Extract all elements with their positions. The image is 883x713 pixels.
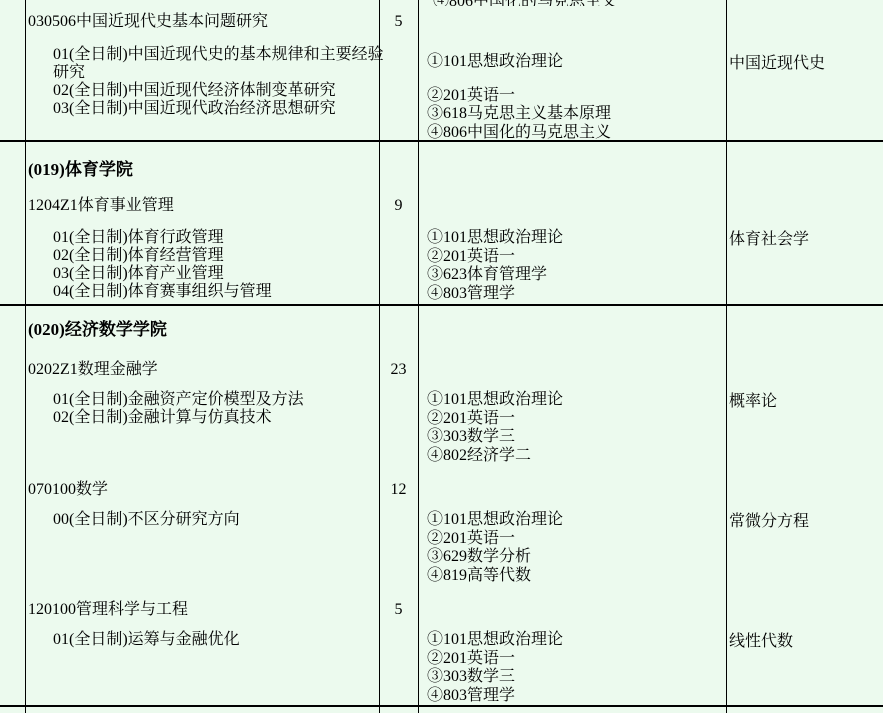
table-border-col-retest-left	[726, 0, 727, 713]
research-direction: 01(全日制)金融资产定价模型及方法	[53, 391, 385, 409]
exam-subject: ①101思想政治理论	[427, 511, 563, 530]
exam-subjects: ①101思想政治理论 ②201英语一 ③303数学三 ④802经济学二	[427, 391, 563, 465]
section-divider-3	[0, 705, 883, 707]
exam-subject: ①101思想政治理论	[427, 631, 563, 650]
research-directions: 01(全日制)金融资产定价模型及方法 02(全日制)金融计算与仿真技术	[53, 391, 385, 427]
retest-subject: 线性代数	[729, 633, 793, 651]
clipped-subject-fragment: ④806中国化的马克思主义	[433, 0, 673, 6]
research-direction: 04(全日制)体育赛事组织与管理	[53, 283, 385, 301]
enrollment-quota: 23	[379, 361, 418, 379]
exam-subject: ①101思想政治理论	[427, 229, 563, 248]
exam-subjects: ①101思想政治理论 ②201英语一 ③303数学三 ④803管理学	[427, 631, 563, 705]
research-direction: 00(全日制)不区分研究方向	[53, 511, 385, 529]
college-header: (020)经济数学学院	[28, 315, 167, 340]
major-code-name: 1204Z1体育事业管理	[28, 197, 174, 215]
research-directions: 01(全日制)体育行政管理 02(全日制)体育经营管理 03(全日制)体育产业管…	[53, 229, 385, 301]
exam-subject: ④803管理学	[427, 687, 563, 706]
exam-subjects: ①101思想政治理论 ②201英语一 ③623体育管理学 ④803管理学	[427, 229, 563, 303]
exam-subject: ②201英语一	[427, 248, 563, 267]
exam-subject: ④806中国化的马克思主义	[427, 124, 611, 143]
exam-subjects: ①101思想政治理论 ②201英语一 ③629数学分析 ④819高等代数	[427, 511, 563, 585]
research-direction: 01(全日制)运筹与金融优化	[53, 631, 385, 649]
admissions-catalog-table: ④806中国化的马克思主义 030506中国近现代史基本问题研究 5 01(全日…	[0, 0, 883, 713]
retest-subject: 体育社会学	[729, 231, 809, 249]
research-direction: 01(全日制)中国近现代史的基本规律和主要经验研究	[53, 46, 385, 82]
table-border-left	[25, 0, 26, 713]
exam-subject: ②201英语一	[427, 650, 563, 669]
exam-subject: ②201英语一	[427, 530, 563, 549]
research-directions: 00(全日制)不区分研究方向	[53, 511, 385, 529]
exam-subject: ③303数学三	[427, 428, 563, 447]
retest-subject: 常微分方程	[729, 513, 809, 531]
enrollment-quota: 5	[379, 13, 418, 31]
research-direction: 02(全日制)金融计算与仿真技术	[53, 409, 385, 427]
exam-subject: ④819高等代数	[427, 567, 563, 586]
research-direction: 01(全日制)体育行政管理	[53, 229, 385, 247]
enrollment-quota: 12	[379, 481, 418, 499]
retest-subject: 中国近现代史	[729, 55, 825, 73]
exam-subject: ②201英语一	[427, 410, 563, 429]
table-border-col-quota-right	[418, 0, 419, 713]
exam-subject: ③623体育管理学	[427, 266, 563, 285]
major-code-name: 120100管理科学与工程	[28, 601, 188, 619]
research-direction: 02(全日制)体育经营管理	[53, 247, 385, 265]
retest-subject: 概率论	[729, 393, 777, 411]
major-code-name: 030506中国近现代史基本问题研究	[28, 13, 268, 31]
exam-subject: ③629数学分析	[427, 548, 563, 567]
research-direction: 03(全日制)体育产业管理	[53, 265, 385, 283]
exam-subject: ③303数学三	[427, 668, 563, 687]
exam-subject: ④803管理学	[427, 285, 563, 304]
clipped-subject-text: ④806中国化的马克思主义	[433, 0, 673, 6]
research-directions: 01(全日制)中国近现代史的基本规律和主要经验研究 02(全日制)中国近现代经济…	[53, 46, 385, 118]
exam-subject: ①101思想政治理论	[427, 53, 611, 72]
enrollment-quota: 5	[379, 601, 418, 619]
college-header: (019)体育学院	[28, 155, 133, 180]
exam-subject: ③618马克思主义基本原理	[427, 105, 611, 124]
research-directions: 01(全日制)运筹与金融优化	[53, 631, 385, 649]
exam-subject: ①101思想政治理论	[427, 391, 563, 410]
section-divider-2	[0, 304, 883, 306]
exam-subjects: ①101思想政治理论 ②201英语一 ③618马克思主义基本原理 ④806中国化…	[427, 53, 611, 142]
exam-subject: ④802经济学二	[427, 447, 563, 466]
enrollment-quota: 9	[379, 197, 418, 215]
research-direction: 02(全日制)中国近现代经济体制变革研究	[53, 82, 385, 100]
major-code-name: 0202Z1数理金融学	[28, 361, 158, 379]
exam-subject: ②201英语一	[427, 87, 611, 106]
major-code-name: 070100数学	[28, 481, 108, 499]
research-direction: 03(全日制)中国近现代政治经济思想研究	[53, 100, 385, 118]
